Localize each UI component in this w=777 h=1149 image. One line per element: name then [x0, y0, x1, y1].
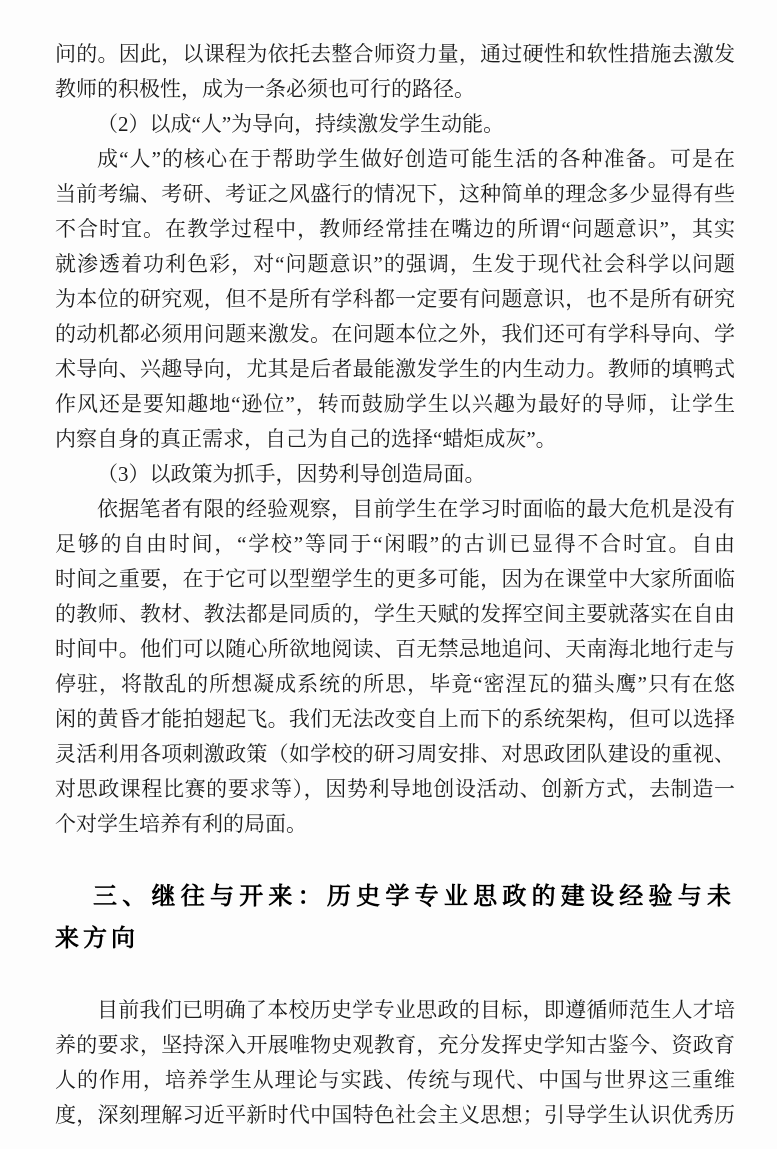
text-line: 不合时宜。在教学过程中，教师经常挂在嘴边的所谓“问题意识”，其实 — [55, 212, 735, 247]
text-line: 为本位的研究观，但不是所有学科都一定要有问题意识，也不是所有研究 — [55, 282, 735, 317]
text-line: 的教师、教材、教法都是同质的，学生天赋的发挥空间主要就落实在自由 — [55, 597, 735, 632]
text-line: （2）以成“人”为导向，持续激发学生动能。 — [55, 107, 735, 142]
text-line: 灵活利用各项刺激政策（如学校的研习周安排、对思政团队建设的重视、 — [55, 737, 735, 772]
section-heading-line: 来方向 — [55, 918, 735, 960]
text-line: 内察自身的真正需求，自己为自己的选择“蜡炬成灰”。 — [55, 422, 735, 457]
text-line: 足够的自由时间，“学校”等同于“闲暇”的古训已显得不合时宜。自由 — [55, 527, 735, 562]
paragraph-item2-body: 成“人”的核心在于帮助学生做好创造可能生活的各种准备。可是在 当前考编、考研、考… — [55, 142, 735, 457]
text-line: 人的作用，培养学生从理论与实践、传统与现代、中国与世界这三重维 — [55, 1063, 735, 1098]
text-line: 停驻，将散乱的所想凝成系统的所思，毕竟“密涅瓦的猫头鹰”只有在悠 — [55, 667, 735, 702]
section-heading-line: 三、继往与开来：历史学专业思政的建设经验与未 — [55, 876, 735, 918]
text-line: 对思政课程比赛的要求等），因势利导地创设活动、创新方式，去制造一 — [55, 772, 735, 807]
text-line: 养的要求，坚持深入开展唯物史观教育，充分发挥史学知古鉴今、资政育 — [55, 1028, 735, 1063]
text-line: 就渗透着功利色彩，对“问题意识”的强调，生发于现代社会科学以问题 — [55, 247, 735, 282]
text-line: 成“人”的核心在于帮助学生做好创造可能生活的各种准备。可是在 — [55, 142, 735, 177]
text-line: 度，深刻理解习近平新时代中国特色社会主义思想；引导学生认识优秀历 — [55, 1098, 735, 1133]
text-line: 时间中。他们可以随心所欲地阅读、百无禁忌地追问、天南海北地行走与 — [55, 632, 735, 667]
text-line: 术导向、兴趣导向，尤其是后者最能激发学生的内生动力。教师的填鸭式 — [55, 352, 735, 387]
text-line: 当前考编、考研、考证之风盛行的情况下，这种简单的理念多少显得有些 — [55, 177, 735, 212]
text-line: 的动机都必须用问题来激发。在问题本位之外，我们还可有学科导向、学 — [55, 317, 735, 352]
paragraph-continuation: 问的。因此，以课程为依托去整合师资力量，通过硬性和软性措施去激发 教师的积极性，… — [55, 37, 735, 107]
document-page: 问的。因此，以课程为依托去整合师资力量，通过硬性和软性措施去激发 教师的积极性，… — [0, 0, 777, 1149]
text-line: 个对学生培养有利的局面。 — [55, 807, 735, 842]
text-line: 目前我们已明确了本校历史学专业思政的目标，即遵循师范生人才培 — [55, 993, 735, 1028]
text-line: 教师的积极性，成为一条必须也可行的路径。 — [55, 72, 735, 107]
text-line: 问的。因此，以课程为依托去整合师资力量，通过硬性和软性措施去激发 — [55, 37, 735, 72]
text-line: 作风还是要知趣地“逊位”，转而鼓励学生以兴趣为最好的导师，让学生 — [55, 387, 735, 422]
paragraph-item3-body: 依据笔者有限的经验观察，目前学生在学习时面临的最大危机是没有 足够的自由时间，“… — [55, 492, 735, 842]
text-line: 依据笔者有限的经验观察，目前学生在学习时面临的最大危机是没有 — [55, 492, 735, 527]
text-line: 时间之重要，在于它可以型塑学生的更多可能，因为在课堂中大家所面临 — [55, 562, 735, 597]
paragraph-closing: 目前我们已明确了本校历史学专业思政的目标，即遵循师范生人才培 养的要求，坚持深入… — [55, 993, 735, 1133]
text-line: （3）以政策为抓手，因势利导创造局面。 — [55, 457, 735, 492]
text-line: 闲的黄昏才能拍翅起飞。我们无法改变自上而下的系统架构，但可以选择 — [55, 702, 735, 737]
paragraph-item3-lead: （3）以政策为抓手，因势利导创造局面。 — [55, 457, 735, 492]
section-heading: 三、继往与开来：历史学专业思政的建设经验与未 来方向 — [55, 876, 735, 960]
paragraph-item2-lead: （2）以成“人”为导向，持续激发学生动能。 — [55, 107, 735, 142]
